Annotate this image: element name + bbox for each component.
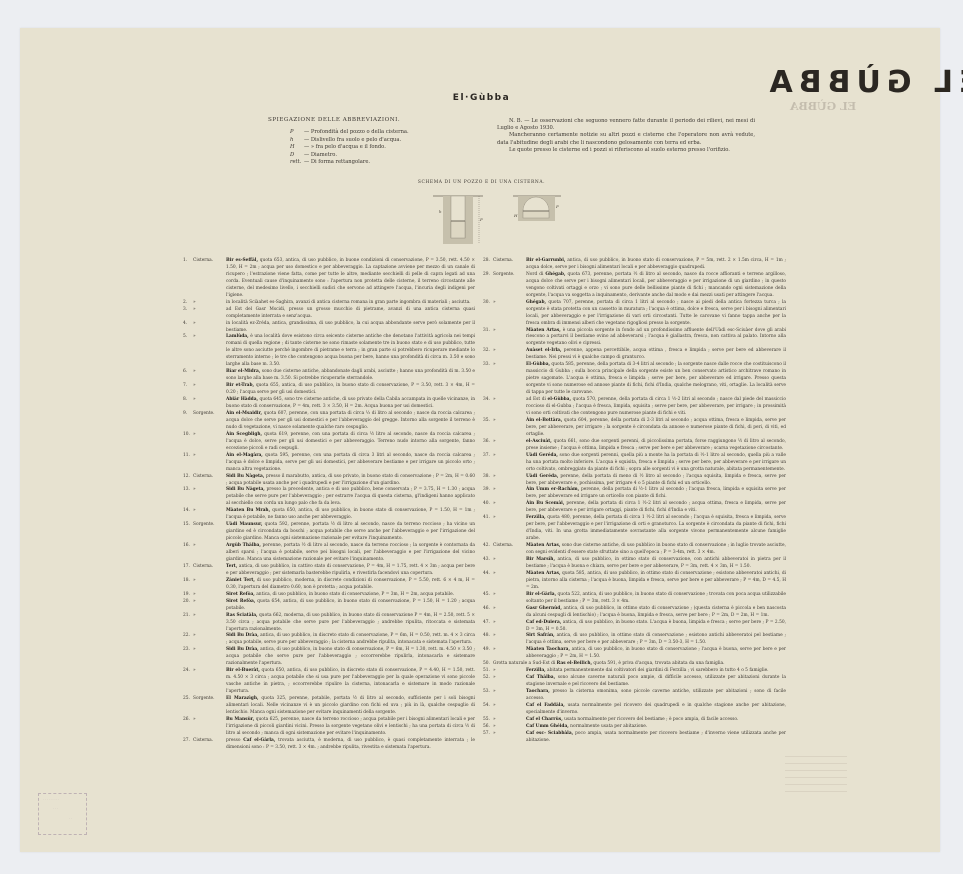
entry-description: quota 607, perenne, con una portata di c… — [226, 411, 475, 430]
abbreviation-row: H— » fra pelo d'acqua e il fondo. — [290, 144, 490, 151]
entry-number: 4. — [183, 321, 193, 335]
entry-category: » — [493, 620, 526, 634]
entry-text: Siret Refòa, antica, di uso pubblico, in… — [226, 592, 475, 599]
entry-category: » — [493, 717, 526, 724]
entry-category: » — [493, 418, 526, 439]
entry-place-name: Sidi Bu Dràa, — [226, 647, 259, 652]
list-item: 30.»Ghégab, quota 707, perenne, portata … — [483, 300, 786, 328]
svg-text:P: P — [479, 217, 483, 222]
entry-category: » — [493, 592, 526, 606]
entry-number: 13. — [183, 487, 193, 508]
entry-place-name: Bir el-Gàrla, — [526, 592, 556, 597]
entry-category: » — [193, 508, 226, 522]
entry-text: Bir el-Bueràt, quota 650, antica, di uso… — [226, 668, 475, 696]
entry-place-name: El Marazìgh, — [226, 696, 259, 701]
entry-place-name: Sidi Bu Nàgeta, — [226, 474, 264, 479]
entry-description: perenne, della portata di meno di ½ litr… — [526, 474, 786, 486]
entry-category: » — [493, 703, 526, 717]
entry-description: antica, di uso pubblico, in ottimo stato… — [526, 557, 786, 569]
entry-text: Sidi Bu Nàgeta, presso la precedente, an… — [226, 487, 475, 508]
page-title: El·Gùbba — [0, 93, 963, 103]
entry-category: » — [493, 724, 526, 731]
entry-prefix: ad Est di — [526, 397, 548, 402]
cistern-icon: H P — [513, 196, 561, 221]
svg-text:h: h — [439, 209, 442, 214]
entry-category: » — [193, 432, 226, 453]
entry-category: » — [493, 606, 526, 620]
entry-place-name: Lamlùda, — [226, 334, 249, 339]
abbreviation-row: rett.— Di forma rettangolare. — [290, 159, 490, 166]
list-item: 54.»Caf el Faddàla, usata normalmente pe… — [483, 703, 786, 717]
entry-number: 55. — [483, 717, 493, 724]
entry-description: quota 480, perenne, della portata di cir… — [526, 515, 786, 541]
entry-number: 27. — [183, 738, 193, 752]
entry-category: Cisterna. — [193, 474, 226, 488]
entry-number: 6. — [183, 369, 193, 383]
entry-description: antica, di uso pubblico, in buono stato … — [526, 258, 786, 270]
abbreviation-row: D— Diametro. — [290, 152, 490, 159]
entry-text: Sidi Bu Nàgeta, presso il marabutto, ant… — [226, 474, 475, 488]
entry-number: 2. — [183, 300, 193, 307]
entry-text: Caf Umm Ghéida, normalmente usata per ab… — [526, 724, 786, 731]
list-item: 49.»Màaten Taochara, antica, di uso pubb… — [483, 647, 786, 661]
entry-description: sono due cisterne antiche, abbandonate d… — [226, 369, 475, 381]
list-item: 28.Cisterna.Bir el-Garrunbi, antica, di … — [483, 258, 786, 272]
list-item: 44.»Màaten Artas, quota 585, antica, di … — [483, 571, 786, 592]
entry-category: » — [193, 647, 226, 668]
entry-description: sono due sorgenti perenni, quella più a … — [526, 453, 786, 472]
entry-place-name: Ghégab, — [526, 300, 546, 305]
list-item: 4.»in località ez-Zréda, antica, grandis… — [183, 321, 475, 335]
entry-description: antica, di uso pubblico, in buono stato … — [226, 647, 475, 666]
entry-text: ad Est di el-Gùbba, quota 570, perenne, … — [526, 397, 786, 418]
entry-description: perenne, della portata di circa 1 ½-2 li… — [526, 501, 786, 513]
list-item: 45.»Bir el-Gàrla, quota 522, antica, di … — [483, 592, 786, 606]
entry-category: » — [193, 543, 226, 564]
entry-category: Cisterna. — [193, 738, 226, 752]
entry-place-name: Bir el-Garrunbi, — [526, 258, 565, 263]
entry-description: quota 662, moderna, di uso pubblico, in … — [226, 613, 475, 632]
entry-description: in località Sciàahet es-Saghira, avanzi … — [226, 300, 471, 305]
entry-place-name: Àin Scegbligh, — [226, 432, 262, 437]
entry-number: 1. — [183, 258, 193, 300]
list-item: 6.»Bìar el-Midra, sono due cisterne anti… — [183, 369, 475, 383]
list-item: 8.»Abiàr Hàdda, quota 645, sono tre cist… — [183, 397, 475, 411]
entry-place-name: Uàdi Geréda, — [526, 474, 558, 479]
entry-number: 10. — [183, 432, 193, 453]
entry-place-name: Màaten Artas, — [526, 543, 560, 548]
entry-text: Taochara, presso la cisterna omonima, so… — [526, 689, 786, 703]
well-cistern-diagram: h P H P — [413, 191, 563, 249]
entry-text: Bir el-Garrunbi, antica, di uso pubblico… — [526, 258, 786, 272]
entry-description: quota 673, perenne, portata ½ di litro a… — [526, 272, 786, 298]
abbreviation-row: h— Dislivello fra suolo e pelo d'acqua. — [290, 137, 490, 144]
entry-category: » — [193, 633, 226, 647]
entry-text: Caf ed-Duiera, antica, di uso pubblico, … — [526, 620, 786, 634]
entry-place-name: el-Asciuàt, — [526, 439, 552, 444]
entry-description: quota 585, perenne, della portata di 3-4… — [526, 362, 786, 395]
entry-description: ad Est del Gasr Mscidi, presso un grosso… — [226, 307, 475, 319]
entry-place-name: Àin el-Msaidir, — [226, 411, 262, 416]
entry-text: in località ez-Zréda, antica, grandissim… — [226, 321, 475, 335]
list-item: 38.»Uàdi Geréda, perenne, della portata … — [483, 474, 786, 488]
entry-number: 53. — [483, 689, 493, 703]
entry-text: Tert, antica, di uso pubblico, in cattiv… — [226, 564, 475, 578]
entry-number: 16. — [183, 543, 193, 564]
entry-text: Caf el Charrùs, usata normalmente per ri… — [526, 717, 786, 724]
list-item: 9.Sorgente.Àin el-Msaidir, quota 607, pe… — [183, 411, 475, 432]
entry-place-name: Àin el-Bottàra, — [526, 418, 562, 423]
entry-place-name: Àin Bu Scemài, — [526, 501, 564, 506]
entry-place-name: Sidi Bu Nàgeta, — [226, 487, 265, 492]
entry-text: Uàdi Geréda, perenne, della portata di m… — [526, 474, 786, 488]
entry-number: 50. — [483, 661, 493, 668]
entry-place-name: el-Gùbba, — [548, 397, 572, 402]
entry-description: quota 591, è priva d'acqua, trovata abit… — [592, 661, 724, 666]
entry-number: 48. — [483, 633, 493, 647]
entry-text: presso Caf el-Gàrla, trovata asciutta, è… — [226, 738, 475, 752]
entry-text: Siret Refòa, quota 654, antica, di uso p… — [226, 599, 475, 613]
entry-category: » — [493, 633, 526, 647]
entry-text: Àin el-Bottàra, quota 604, perenne, dell… — [526, 418, 786, 439]
list-item: 55.»Caf el Charrùs, usata normalmente pe… — [483, 717, 786, 724]
entry-place-name: Àin Umm er-Rachàm, — [526, 487, 579, 492]
entry-text: Bir Marsìh, antica, di uso pubblico, in … — [526, 557, 786, 571]
entry-text: Màaten Artas, quota 585, antica, di uso … — [526, 571, 786, 592]
entry-category: » — [493, 439, 526, 453]
entry-text: Lamlùda, è una località dove esistono ci… — [226, 334, 475, 369]
list-item: 17.Cisterna.Tert, antica, di uso pubblic… — [183, 564, 475, 578]
entry-number: 42. — [483, 543, 493, 557]
entry-category: » — [493, 668, 526, 675]
entry-place-name: Caf el Faddàla, — [526, 703, 565, 708]
entry-place-name: Sidi Bu Dràa, — [226, 633, 259, 638]
list-item: 34.»ad Est di el-Gùbba, quota 570, peren… — [483, 397, 786, 418]
entry-category: » — [193, 321, 226, 335]
entry-category: » — [193, 599, 226, 613]
nota-bene: N. B. — Le osservazioni che seguono venn… — [497, 118, 755, 154]
list-item: 10.»Àin Scegbligh, quota 619, perenne, c… — [183, 432, 475, 453]
entry-text: Ghégab, quota 707, perenne, portata di c… — [526, 300, 786, 328]
entry-place-name: Taochara, — [526, 689, 550, 694]
list-item: 12.Cisterna.Sidi Bu Nàgeta, presso il ma… — [183, 474, 475, 488]
bleed-through-lines — [785, 756, 847, 798]
entry-place-name: Màaten Artas, — [526, 571, 560, 576]
list-item: 11.»Àin el-Magàra, quota 595, perenne, c… — [183, 453, 475, 474]
svg-text:H: H — [513, 213, 518, 218]
list-item: 7.»Bir et-Trab, quota 655, antica, di us… — [183, 383, 475, 397]
entry-description: quota 592, perenne, portata ½ di litro a… — [226, 522, 475, 541]
entry-description: antica, di uso pubblico, in ottimo stato… — [526, 606, 786, 618]
entry-text: Ras Sciatàla, quota 662, moderna, di uso… — [226, 613, 475, 634]
entry-prefix: Grotta naturale a Sud-Est di — [493, 661, 557, 666]
entry-number: 25. — [183, 696, 193, 717]
entry-category: » — [193, 383, 226, 397]
entry-number: 12. — [183, 474, 193, 488]
entry-number: 56. — [483, 724, 493, 731]
entry-place-name: Ras Sciatàla, — [226, 613, 258, 618]
entry-number: 38. — [483, 474, 493, 488]
entry-description: presso la cisterna omonima, sono piccole… — [526, 689, 786, 701]
abbreviation-row: P— Profondità del pozzo o della cisterna… — [290, 129, 490, 136]
entry-number: 43. — [483, 557, 493, 571]
list-item: 32.»Auàset el-Irla, perenne, appena perc… — [483, 348, 786, 362]
entry-description: quota 661, sono due sorgenti perenni, di… — [526, 439, 786, 451]
entry-category: » — [493, 362, 526, 397]
entry-place-name: Auàset el-Irla, — [526, 348, 562, 353]
entry-category: » — [193, 453, 226, 474]
list-item: 15.Sorgente.Uàdi Maunsur, quota 592, per… — [183, 522, 475, 543]
entry-description: quota 655, antica, di uso pubblico, in b… — [226, 383, 475, 395]
entry-number: 15. — [183, 522, 193, 543]
entry-category: » — [193, 300, 226, 307]
svg-text:P: P — [555, 204, 559, 209]
entry-category: » — [193, 717, 226, 738]
entry-number: 29. — [483, 272, 493, 300]
entry-category: Sorgente. — [193, 696, 226, 717]
entry-category: Cisterna. — [493, 543, 526, 557]
entry-prefix: Nord di — [526, 272, 545, 277]
entry-number: 49. — [483, 647, 493, 661]
entry-number: 45. — [483, 592, 493, 606]
entry-description: quota 619, perenne, con una portata di c… — [226, 432, 475, 451]
entry-category: » — [493, 557, 526, 571]
entry-category: Sorgente. — [193, 522, 226, 543]
entry-prefix: presso — [226, 738, 243, 743]
entry-text: Màaten Bu Mrah, quota 650, antica, di us… — [226, 508, 475, 522]
entry-text: Abiàr Hàdda, quota 645, sono tre cistern… — [226, 397, 475, 411]
entry-number: 11. — [183, 453, 193, 474]
list-item: 19.»Siret Refòa, antica, di uso pubblico… — [183, 592, 475, 599]
entry-text: Caf Thàlba, sono alcune caverne naturali… — [526, 675, 786, 689]
entry-text: el-Asciuàt, quota 661, sono due sorgenti… — [526, 439, 786, 453]
entry-category: Sorgente. — [493, 272, 526, 300]
entry-category: » — [193, 592, 226, 599]
entry-category: » — [493, 348, 526, 362]
entry-number: 26. — [183, 717, 193, 738]
entry-description: quota 654, antica, di uso pubblico, in b… — [226, 599, 475, 611]
entry-place-name: Ferzìlla, — [526, 668, 546, 673]
entry-description: quota 650, antica, di uso pubblico, in d… — [226, 668, 475, 694]
list-item: 3.»ad Est del Gasr Mscidi, presso un gro… — [183, 307, 475, 321]
list-item: 40.»Àin Bu Scemài, perenne, della portat… — [483, 501, 786, 515]
entry-category: » — [493, 501, 526, 515]
entry-place-name: Ras el-Beilich, — [557, 661, 592, 666]
entry-description: sono alcune caverne naturali poco ampie,… — [526, 675, 786, 687]
entry-description: quota 325, perenne, potabile, portata ½ … — [226, 696, 475, 715]
entry-number: 51. — [483, 668, 493, 675]
entry-place-name: Abiàr Hàdda, — [226, 397, 258, 402]
entry-category: » — [493, 397, 526, 418]
list-item: 13.»Sidi Bu Nàgeta, presso la precedente… — [183, 487, 475, 508]
entry-text: Nord di Ghégab, quota 673, perenne, port… — [526, 272, 786, 300]
entry-number: 14. — [183, 508, 193, 522]
entry-number: 24. — [183, 668, 193, 696]
entry-text: Uàdi Maunsur, quota 592, perenne, portat… — [226, 522, 475, 543]
entry-description: sono due cisterne antiche, di uso pubbli… — [526, 543, 786, 555]
entry-place-name: Bir et-Trab, — [226, 383, 254, 388]
entry-category: » — [493, 487, 526, 501]
entry-number: 57. — [483, 731, 493, 745]
entry-place-name: Argùb Thàlba, — [226, 543, 261, 548]
list-item: 26.»Bu Mansùr, quota 625, perenne, nasce… — [183, 717, 475, 738]
entry-description: quota 522, antica, di uso pubblico, in b… — [526, 592, 786, 604]
entry-place-name: Caf ed-Duiera, — [526, 620, 561, 625]
entry-number: 3. — [183, 307, 193, 321]
entry-text: Ferzìlla, abitata permanentemente dai co… — [526, 668, 786, 675]
entry-description: quota 585, antica, di uso pubblico, in o… — [526, 571, 786, 590]
entry-category: » — [493, 689, 526, 703]
list-item: 2.»in località Sciàahet es-Saghira, avan… — [183, 300, 475, 307]
entry-category: » — [493, 515, 526, 543]
entry-text: Màaten Artas, sono due cisterne antiche,… — [526, 543, 786, 557]
entry-text: Auàset el-Irla, perenne, appena percetti… — [526, 348, 786, 362]
list-item: 52.»Caf Thàlba, sono alcune caverne natu… — [483, 675, 786, 689]
entry-place-name: Màaten Artas, — [526, 328, 561, 333]
entry-text: Àin Scegbligh, quota 619, perenne, con u… — [226, 432, 475, 453]
entry-number: 41. — [483, 515, 493, 543]
entry-place-name: Bu Mansùr, — [226, 717, 254, 722]
entry-number: 19. — [183, 592, 193, 599]
list-item: 24.»Bir el-Bueràt, quota 650, antica, di… — [183, 668, 475, 696]
entry-text: Bir el-Gàrla, quota 522, antica, di uso … — [526, 592, 786, 606]
entry-description: antica, di uso pubblico, in cattivo stat… — [226, 564, 475, 576]
entry-category: » — [193, 578, 226, 592]
entries-column-left: 1.Cisterna.Bir es-Seffàl, quota 653, ant… — [183, 258, 475, 752]
list-item: 22.»Sidi Bu Dràa, antica, di uso pubblic… — [183, 633, 475, 647]
entry-number: 5. — [183, 334, 193, 369]
diagram-title: SCHEMA DI UN POZZO E DI UNA CISTERNA. — [0, 180, 963, 185]
entry-description: quota 595, perenne, con una portata di c… — [226, 453, 475, 472]
entry-category: Cisterna. — [193, 258, 226, 300]
entry-number: 9. — [183, 411, 193, 432]
entry-place-name: Bir Marsìh, — [526, 557, 555, 562]
entry-text: Bìar el-Midra, sono due cisterne antiche… — [226, 369, 475, 383]
entry-text: Àin el-Magàra, quota 595, perenne, con u… — [226, 453, 475, 474]
note-paragraph: Le quote presso le cisterne ed i pozzi s… — [497, 147, 755, 154]
entry-text: Ferzìlla, quota 480, perenne, della port… — [526, 515, 786, 543]
entry-number: 37. — [483, 453, 493, 474]
entry-category: » — [493, 647, 526, 661]
entry-category: » — [193, 307, 226, 321]
entry-place-name: Màaten Taochara, — [526, 647, 570, 652]
entry-description: perenne, portata ½ di litro al secondo, … — [226, 543, 475, 562]
entry-number: 31. — [483, 328, 493, 349]
entry-number: 28. — [483, 258, 493, 272]
entry-description: abitata permanentemente dai coltivatori … — [546, 668, 769, 673]
entry-category: » — [493, 453, 526, 474]
list-item: 29.Sorgente.Nord di Ghégab, quota 673, p… — [483, 272, 786, 300]
list-item: 14.»Màaten Bu Mrah, quota 650, antica, d… — [183, 508, 475, 522]
entry-category: Cisterna. — [193, 564, 226, 578]
entry-description: presso il marabutto, antica, di uso priv… — [226, 474, 475, 486]
entry-place-name: Caf Thàlba, — [526, 675, 555, 680]
entry-category: » — [193, 369, 226, 383]
list-item: 21.»Ras Sciatàla, quota 662, moderna, di… — [183, 613, 475, 634]
entry-number: 22. — [183, 633, 193, 647]
entry-category: » — [493, 300, 526, 328]
entry-place-name: Siret Refòa, — [226, 599, 255, 604]
entry-description: quota 625, perenne, nasce da terreno roc… — [226, 717, 475, 736]
entry-description: quota 707, perenne, portata di circa 1 l… — [526, 300, 786, 326]
list-item: 57.»Caf esc- Sciabbàla, poco ampia, usat… — [483, 731, 786, 745]
entry-description: in località ez-Zréda, antica, grandissim… — [226, 321, 475, 333]
entry-text: Màaten Taochara, antica, di uso pubblico… — [526, 647, 786, 661]
entry-text: Uàdi Geréda, sono due sorgenti perenni, … — [526, 453, 786, 474]
list-item: 31.»Màaten Artas, è una piccola sorgente… — [483, 328, 786, 349]
list-item: 18.»Zàniet Tert, di uso pubblico, modern… — [183, 578, 475, 592]
entry-category: Cisterna. — [493, 258, 526, 272]
entry-place-name: Uàdi Maunsur, — [226, 522, 263, 527]
entry-number: 39. — [483, 487, 493, 501]
entry-place-name: Sirt Safràn, — [526, 633, 555, 638]
entry-description: usata normalmente pel ricovero dei quadr… — [526, 703, 786, 715]
entry-text: Màaten Artas, è una piccola sorgente in … — [526, 328, 786, 349]
entry-number: 46. — [483, 606, 493, 620]
entry-place-name: Caf Umm Ghéida, — [526, 724, 569, 729]
entry-description: quota 604, perenne, della portata di 2-3… — [526, 418, 786, 437]
list-item: 25.Sorgente.El Marazìgh, quota 325, pere… — [183, 696, 475, 717]
entry-number: 36. — [483, 439, 493, 453]
entry-place-name: Caf el-Gàrla, — [243, 738, 275, 743]
entry-place-name: Gasr Ghernùd, — [526, 606, 562, 611]
entry-text: Zàniet Tert, di uso pubblico, moderna, i… — [226, 578, 475, 592]
entry-text: Àin Umm er-Rachàm, perenne, della portat… — [526, 487, 786, 501]
entry-number: 52. — [483, 675, 493, 689]
entry-category: » — [193, 487, 226, 508]
list-item: 39.»Àin Umm er-Rachàm, perenne, della po… — [483, 487, 786, 501]
entry-place-name: Tert, — [226, 564, 237, 569]
entry-category: » — [193, 334, 226, 369]
list-item: 16.»Argùb Thàlba, perenne, portata ½ di … — [183, 543, 475, 564]
entry-number: 35. — [483, 418, 493, 439]
entry-number: 44. — [483, 571, 493, 592]
entry-number: 34. — [483, 397, 493, 418]
list-item: 23.»Sidi Bu Dràa, antica, di uso pubblic… — [183, 647, 475, 668]
entry-number: 21. — [183, 613, 193, 634]
entry-category: » — [193, 668, 226, 696]
entry-text: Bir es-Seffàl, quota 653, antica, di uso… — [226, 258, 475, 300]
list-item: 27.Cisterna.presso Caf el-Gàrla, trovata… — [183, 738, 475, 752]
entry-text: Bir et-Trab, quota 655, antica, di uso p… — [226, 383, 475, 397]
entry-number: 23. — [183, 647, 193, 668]
entry-category: Sorgente. — [193, 411, 226, 432]
entry-description: quota 653, antica, di uso pubblico, in b… — [226, 258, 475, 298]
entry-category: » — [493, 675, 526, 689]
entry-category: » — [493, 731, 526, 745]
entry-category: » — [493, 474, 526, 488]
note-paragraph: Mancheranno certamente notizie su altri … — [497, 132, 755, 146]
entry-place-name: Caf el Charrùs, — [526, 717, 563, 722]
list-item: 48.»Sirt Safràn, antica, di uso pubblico… — [483, 633, 786, 647]
list-item: 5.»Lamlùda, è una località dove esistono… — [183, 334, 475, 369]
entry-text: Sidi Bu Dràa, antica, di uso pubblico, i… — [226, 633, 475, 647]
list-item: 46.»Gasr Ghernùd, antica, di uso pubblic… — [483, 606, 786, 620]
entry-place-name: Ghégab, — [545, 272, 565, 277]
entry-place-name: Màaten Bu Mrah, — [226, 508, 270, 513]
entry-text: El-Gùbba, quota 585, perenne, della port… — [526, 362, 786, 397]
entry-description: antica, di uso pubblico, in buono stato … — [255, 592, 454, 597]
entry-category: » — [493, 328, 526, 349]
entry-text: in località Sciàahet es-Saghira, avanzi … — [226, 300, 475, 307]
entry-place-name: Caf esc- Sciabbàla, — [526, 731, 573, 736]
entry-number: 54. — [483, 703, 493, 717]
entry-text: Àin el-Msaidir, quota 607, perenne, con … — [226, 411, 475, 432]
entry-category: » — [193, 397, 226, 411]
list-item: 41.»Ferzìlla, quota 480, perenne, della … — [483, 515, 786, 543]
list-item: 35.»Àin el-Bottàra, quota 604, perenne, … — [483, 418, 786, 439]
entry-place-name: El-Gùbba, — [526, 362, 550, 367]
